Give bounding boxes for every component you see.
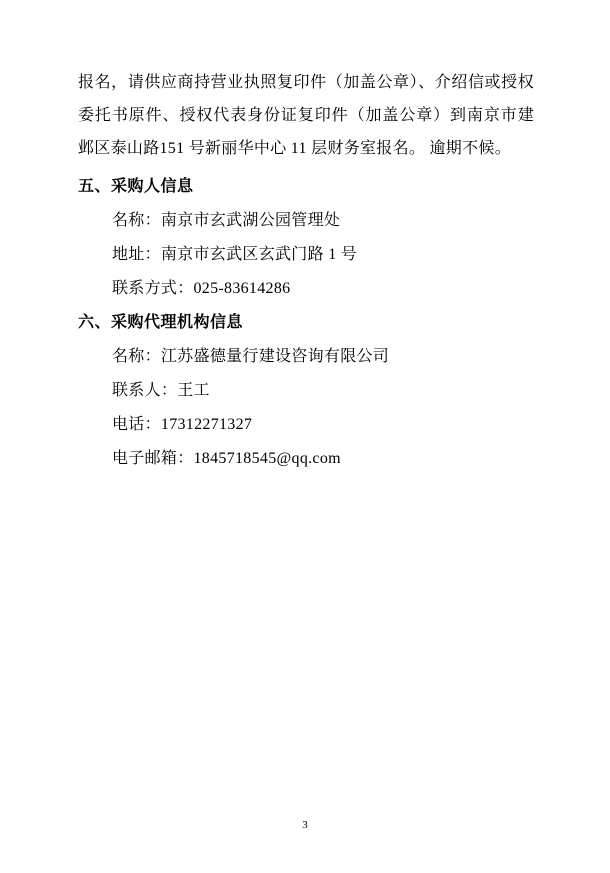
registration-instructions-paragraph: 报名，请供应商持营业执照复印件（加盖公章）、介绍信或授权委托书原件、授权代表身份… — [78, 66, 534, 165]
agency-email-line: 电子邮箱：1845718545@qq.com — [78, 447, 534, 471]
page-number: 3 — [0, 818, 610, 832]
section-heading-agency-info: 六、采购代理机构信息 — [78, 311, 534, 335]
document-page: 报名，请供应商持营业执照复印件（加盖公章）、介绍信或授权委托书原件、授权代表身份… — [0, 0, 610, 873]
section-heading-purchaser-info: 五、采购人信息 — [78, 175, 534, 199]
purchaser-name-line: 名称：南京市玄武湖公园管理处 — [78, 209, 534, 233]
agency-phone-line: 电话：17312271327 — [78, 413, 534, 437]
agency-name-line: 名称：江苏盛德量行建设咨询有限公司 — [78, 345, 534, 369]
document-content: 报名，请供应商持营业执照复印件（加盖公章）、介绍信或授权委托书原件、授权代表身份… — [78, 66, 534, 471]
purchaser-address-line: 地址：南京市玄武区玄武门路 1 号 — [78, 243, 534, 267]
purchaser-contact-line: 联系方式：025-83614286 — [78, 277, 534, 301]
agency-contact-person-line: 联系人：王工 — [78, 379, 534, 403]
